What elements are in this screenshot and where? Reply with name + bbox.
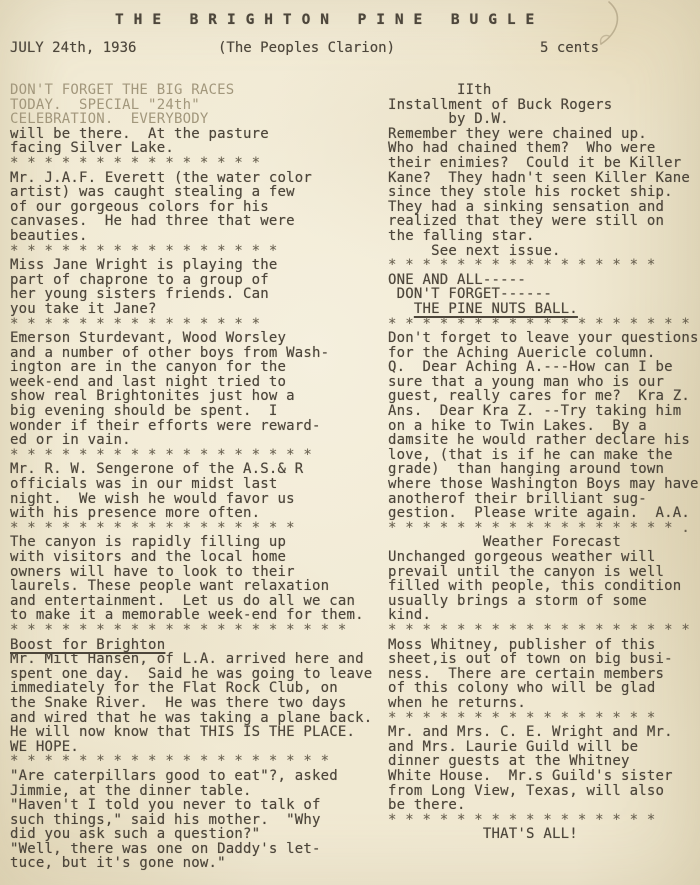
text-line: on a hike to Twin Lakes. By a	[388, 419, 694, 434]
text-line: IIth	[388, 83, 694, 98]
text-line: The canyon is rapidly filling up	[10, 535, 382, 550]
text-line: and entertainment. Let us do all we can	[10, 594, 382, 609]
text-line: spent one day. Said he was going to leav…	[10, 667, 382, 682]
stars-divider: * * * * * * * * * * * * * * * * * * *	[10, 754, 382, 769]
text-line: officials was in our midst last	[10, 477, 382, 492]
text-line: Q. Dear Aching A.---How can I be	[388, 360, 694, 375]
stars-divider: * * * * * * * * * * * * * * * * *	[10, 521, 382, 536]
stars-divider: * * * * * * * * * * * * * * * *	[10, 244, 382, 259]
text-line: Who had chained them? Who were	[388, 141, 694, 156]
text-line: Miss Jane Wright is playing the	[10, 258, 382, 273]
text-line: Mr. J.A.F. Everett (the water color	[10, 171, 382, 186]
text-line: "Haven't I told you never to talk of	[10, 798, 382, 813]
text-line: DON'T FORGET------	[388, 287, 694, 302]
text-line: and Mrs. Laurie Guild will be	[388, 740, 694, 755]
text-line: grade) than hanging around town	[388, 462, 694, 477]
text-line: wonder if their efforts were reward-	[10, 419, 382, 434]
text-line: night. We wish he would favor us	[10, 492, 382, 507]
text-line: THAT'S ALL!	[388, 827, 694, 842]
text-line: kind.	[388, 608, 694, 623]
text-line: laurels. These people want relaxation	[10, 579, 382, 594]
text-line: ness. There are certain members	[388, 667, 694, 682]
text-line: White House. Mr.s Guild's sister	[388, 769, 694, 784]
text-line: such things," said his mother. "Why	[10, 813, 382, 828]
right-column: IIthInstallment of Buck Rogers by D.W.Re…	[388, 83, 694, 842]
text-line: their enimies? Could it be Killer	[388, 156, 694, 171]
text-line: owners will have to look to their	[10, 565, 382, 580]
text-line: WE HOPE.	[10, 740, 382, 755]
text-line: sure that a young man who is our	[388, 375, 694, 390]
text-line: realized that they were still on	[388, 214, 694, 229]
text-line: to make it a memorable week-end for them…	[10, 608, 382, 623]
text-line: Installment of Buck Rogers	[388, 98, 694, 113]
text-line: big evening should be spent. I	[10, 404, 382, 419]
text-line: and a number of other boys from Wash-	[10, 346, 382, 361]
text-line: ONE AND ALL-----	[388, 273, 694, 288]
text-line: ed or in vain.	[10, 433, 382, 448]
text-line: will be there. At the pasture	[10, 127, 382, 142]
text-line: be there.	[388, 798, 694, 813]
text-line: guest, really cares for me? Kra Z.	[388, 389, 694, 404]
stars-divider: * * * * * * * * * * * * * * * *	[388, 813, 694, 828]
text-line: beauties.	[10, 229, 382, 244]
text-line: TODAY. SPECIAL "24th"	[10, 98, 382, 113]
text-line: and wired that he was taking a plane bac…	[10, 711, 382, 726]
text-line: prevail until the canyon is well	[388, 565, 694, 580]
text-line: Weather Forecast	[388, 535, 694, 550]
text-line: week-end and last night tried to	[10, 375, 382, 390]
stars-divider: * * * * * * * * * * * * * * * * * * * *	[10, 623, 382, 638]
text-line: where those Washington Boys may have	[388, 477, 694, 492]
text-line: of our gorgeous colors for his	[10, 200, 382, 215]
newspaper-scan-page: T H E B R I G H T O N P I N E B U G L E …	[0, 0, 700, 885]
section-heading: THE PINE NUTS BALL.	[388, 302, 694, 317]
text-line: you take it Jane?	[10, 302, 382, 317]
text-line: facing Silver Lake.	[10, 141, 382, 156]
text-line: with visitors and the local home	[10, 550, 382, 565]
pen-mark	[555, 0, 645, 60]
stars-divider: * * * * * * * * * * * * * * * *	[388, 711, 694, 726]
text-line: He will now know that THIS IS THE PLACE.	[10, 725, 382, 740]
stars-divider: * * * * * * * * * * * * * * * * * .	[388, 521, 694, 536]
text-line: Don't forget to leave your questions	[388, 331, 694, 346]
masthead-title: T H E B R I G H T O N P I N E B U G L E	[115, 12, 535, 28]
text-line: damsite he would rather declare his	[388, 433, 694, 448]
text-line: Mr. R. W. Sengerone of the A.S.& R	[10, 462, 382, 477]
text-line: tuce, but it's gone now."	[10, 856, 382, 871]
text-line: "Are caterpillars good to eat"?, asked	[10, 769, 382, 784]
text-line: from Long View, Texas, will also	[388, 784, 694, 799]
text-line: by D.W.	[388, 112, 694, 127]
text-line: DON'T FORGET THE BIG RACES	[10, 83, 382, 98]
text-line: anotherof their brilliant sug-	[388, 492, 694, 507]
text-line: of this colony who will be glad	[388, 681, 694, 696]
text-line: CELEBRATION. EVERYBODY	[10, 112, 382, 127]
left-column: DON'T FORGET THE BIG RACESTODAY. SPECIAL…	[10, 83, 382, 871]
text-line: show real Brightonites just how a	[10, 389, 382, 404]
issue-subtitle: (The Peoples Clarion)	[218, 40, 395, 56]
stars-divider: * * * * * * * * * * * * * * * * * *	[388, 317, 694, 332]
text-line: when he returns.	[388, 696, 694, 711]
text-line: the Snake River. He was there two days	[10, 696, 382, 711]
text-line: Kane? They hadn't seen Killer Kane	[388, 171, 694, 186]
stars-divider: * * * * * * * * * * * * * * *	[10, 317, 382, 332]
text-line: Moss Whitney, publisher of this	[388, 638, 694, 653]
text-line: See next issue.	[388, 244, 694, 259]
text-line: gestion. Please write again. A.A.	[388, 506, 694, 521]
text-line: Unchanged gorgeous weather will	[388, 550, 694, 565]
text-line: canvases. He had three that were	[10, 214, 382, 229]
text-line: Remember they were chained up.	[388, 127, 694, 142]
text-line: Mr. and Mrs. C. E. Wright and Mr.	[388, 725, 694, 740]
text-line: Ans. Dear Kra Z. --Try taking him	[388, 404, 694, 419]
issue-date: JULY 24th, 1936	[10, 40, 136, 56]
text-line: usually brings a storm of some	[388, 594, 694, 609]
text-line: Emerson Sturdevant, Wood Worsley	[10, 331, 382, 346]
text-line: love, (that is if he can make the	[388, 448, 694, 463]
text-line: her young sisters friends. Can	[10, 287, 382, 302]
stars-divider: * * * * * * * * * * * * * * *	[10, 156, 382, 171]
text-line: Mr. Milt Hansen, of L.A. arrived here an…	[10, 652, 382, 667]
stars-divider: * * * * * * * * * * * * * * * * * *	[388, 623, 694, 638]
text-line: sheet,is out of town on big busi-	[388, 652, 694, 667]
text-line: with his presence more often.	[10, 506, 382, 521]
text-line: ington are in the canyon for the	[10, 360, 382, 375]
text-line: part of chaprone to a group of	[10, 273, 382, 288]
text-line: filled with people, this condition	[388, 579, 694, 594]
section-heading: Boost for Brighton	[10, 638, 382, 653]
text-line: since they stole his rocket ship.	[388, 185, 694, 200]
text-line: "Well, there was one on Daddy's let-	[10, 842, 382, 857]
text-line: immediately for the Flat Rock Club, on	[10, 681, 382, 696]
text-line: artist) was caught stealing a few	[10, 185, 382, 200]
stars-divider: * * * * * * * * * * * * * * * * * *	[10, 448, 382, 463]
text-line: for the Aching Auericle column.	[388, 346, 694, 361]
text-line: the falling star.	[388, 229, 694, 244]
text-line: They had a sinking sensation and	[388, 200, 694, 215]
stars-divider: * * * * * * * * * * * * * * * *	[388, 258, 694, 273]
text-line: did you ask such a question?"	[10, 827, 382, 842]
text-line: Jimmie, at the dinner table.	[10, 784, 382, 799]
text-line: dinner guests at the Whitney	[388, 754, 694, 769]
